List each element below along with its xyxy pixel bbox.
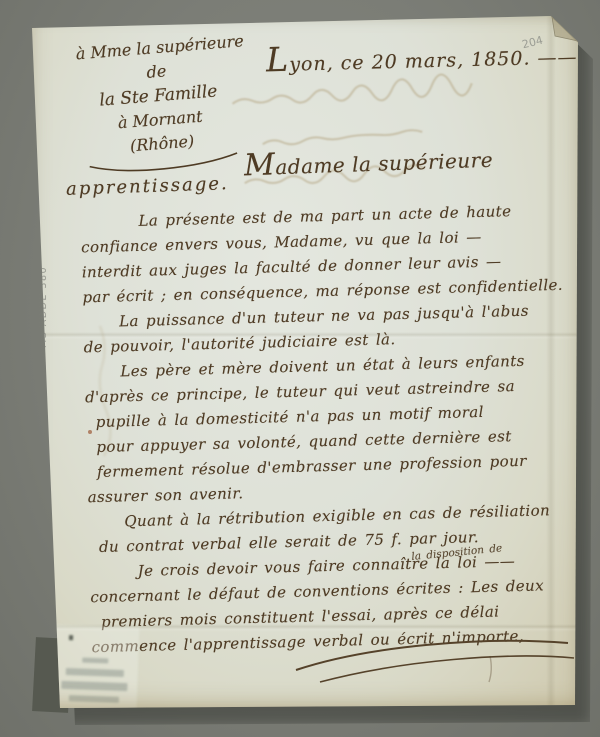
stamp-text-row	[69, 695, 119, 703]
stamp-text-row	[82, 658, 108, 664]
recipient-block: à Mme la supérieure de la Ste Famille à …	[47, 28, 271, 180]
letter-paper: 204 à Mme la supérieure de la Ste Famill…	[30, 16, 580, 710]
stamp-text-row	[66, 668, 124, 677]
ink-spot	[88, 430, 92, 434]
verso-stamp	[51, 625, 140, 712]
subject-keyword: apprentissage.	[66, 173, 229, 200]
closing-flourish	[278, 628, 588, 686]
letter-body: La présente est de ma part un acte de ha…	[80, 198, 574, 660]
stamp-text-row	[61, 681, 127, 691]
scanned-letter-page: 204 à Mme la supérieure de la Ste Famill…	[0, 0, 600, 737]
shelfmark-inscription: MS ADDE 380	[38, 266, 49, 348]
stamp-ink-spot	[69, 635, 73, 640]
